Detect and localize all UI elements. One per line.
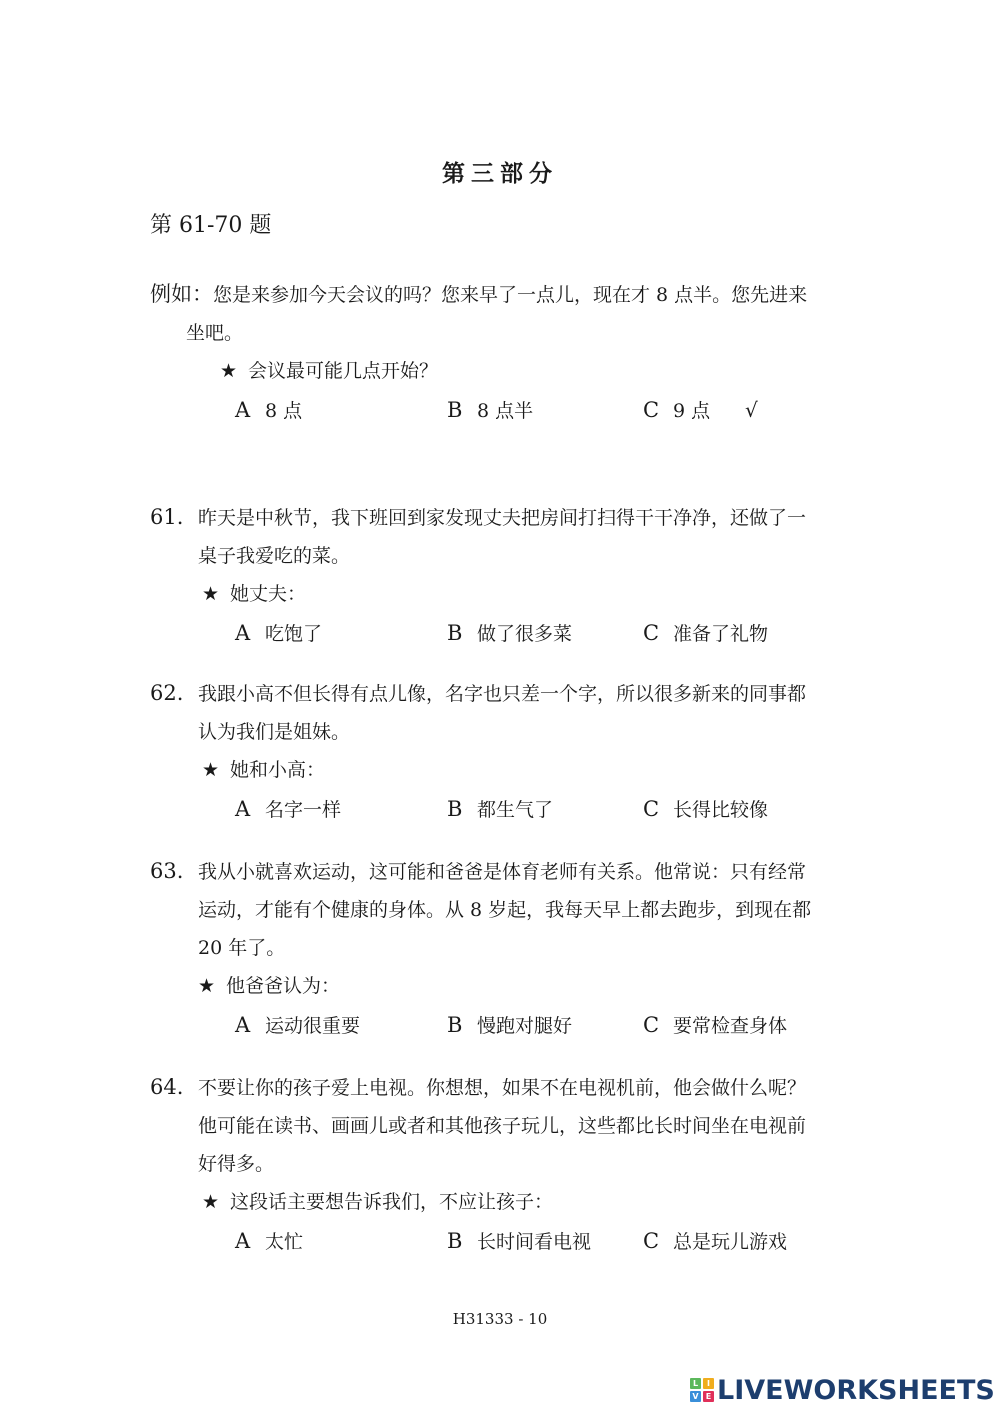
option-c[interactable]: C长得比较像 [643,789,768,830]
question-passage: 64.不要让你的孩子爱上电视。你想想，如果不在电视机前，他会做什么呢？ 他可能在… [150,1068,860,1183]
star-icon: ★ [198,967,226,1005]
example-option-b[interactable]: B8 点半 [447,390,533,431]
question-prompt: ★这段话主要想告诉我们，不应让孩子： [150,1183,860,1221]
page-footer-code: H31333 - 10 [0,1310,1000,1328]
example-line: 您是来参加今天会议的吗？您来早了一点儿，现在才 8 点半。您先进来 [213,284,807,306]
example-prefix: 例如： [150,282,213,306]
question-passage: 62.我跟小高不但长得有点儿像，名字也只差一个字，所以很多新来的同事都 认为我们… [150,674,860,751]
checkmark-icon: √ [745,390,758,430]
section-label: 第 61-70 题 [150,208,271,239]
question-options: A名字一样 B都生气了 C长得比较像 [150,789,860,829]
liveworksheets-logo: L I V E LIVEWORKSHEETS [690,1375,995,1405]
option-b[interactable]: B慢跑对腿好 [447,1005,572,1046]
question-prompt: ★他爸爸认为： [150,967,860,1005]
option-a[interactable]: A名字一样 [235,789,341,830]
question-options: A太忙 B长时间看电视 C总是玩儿游戏 [150,1221,860,1261]
option-a[interactable]: A运动很重要 [235,1005,360,1046]
question-options: A吃饱了 B做了很多菜 C准备了礼物 [150,613,860,653]
question-64: 64.不要让你的孩子爱上电视。你想想，如果不在电视机前，他会做什么呢？ 他可能在… [150,1068,860,1261]
logo-grid-icon: L I V E [690,1378,714,1402]
option-b[interactable]: B都生气了 [447,789,553,830]
question-number: 62. [150,674,198,712]
example-line: 坐吧。 [150,314,860,352]
option-c[interactable]: C准备了礼物 [643,613,768,654]
star-icon: ★ [202,1183,230,1221]
star-icon: ★ [220,352,248,390]
question-number: 63. [150,852,198,890]
example-question: ★会议最可能几点开始？ [150,352,860,390]
question-61: 61.昨天是中秋节，我下班回到家发现丈夫把房间打扫得干干净净，还做了一 桌子我爱… [150,498,860,653]
logo-wordmark: LIVEWORKSHEETS [717,1375,995,1406]
question-62: 62.我跟小高不但长得有点儿像，名字也只差一个字，所以很多新来的同事都 认为我们… [150,674,860,829]
star-icon: ★ [202,751,230,789]
question-passage: 63.我从小就喜欢运动，这可能和爸爸是体育老师有关系。他常说：只有经常 运动，才… [150,852,860,967]
option-c[interactable]: C总是玩儿游戏 [643,1221,787,1262]
question-prompt: ★她丈夫： [150,575,860,613]
question-options: A运动很重要 B慢跑对腿好 C要常检查身体 [150,1005,860,1045]
logo-cell: E [703,1391,714,1402]
question-number: 64. [150,1068,198,1106]
option-a[interactable]: A太忙 [235,1221,303,1262]
example-option-c[interactable]: C9 点 [643,390,710,431]
page-title: 第三部分 [0,155,1000,188]
option-b[interactable]: B长时间看电视 [447,1221,591,1262]
option-c[interactable]: C要常检查身体 [643,1005,787,1046]
logo-cell: L [690,1378,701,1389]
logo-cell: I [703,1378,714,1389]
example-option-a[interactable]: A8 点 [235,390,302,431]
question-prompt: ★她和小高： [150,751,860,789]
question-63: 63.我从小就喜欢运动，这可能和爸爸是体育老师有关系。他常说：只有经常 运动，才… [150,852,860,1045]
star-icon: ★ [202,575,230,613]
option-b[interactable]: B做了很多菜 [447,613,572,654]
example-block: 例如：您是来参加今天会议的吗？您来早了一点儿，现在才 8 点半。您先进来 坐吧。… [150,275,860,430]
example-passage: 例如：您是来参加今天会议的吗？您来早了一点儿，现在才 8 点半。您先进来 坐吧。 [150,275,860,352]
question-passage: 61.昨天是中秋节，我下班回到家发现丈夫把房间打扫得干干净净，还做了一 桌子我爱… [150,498,860,575]
example-options: A8 点 B8 点半 C9 点 √ [150,390,860,430]
example-question-text: 会议最可能几点开始？ [248,360,438,382]
option-a[interactable]: A吃饱了 [235,613,322,654]
question-number: 61. [150,498,198,536]
logo-cell: V [690,1391,701,1402]
